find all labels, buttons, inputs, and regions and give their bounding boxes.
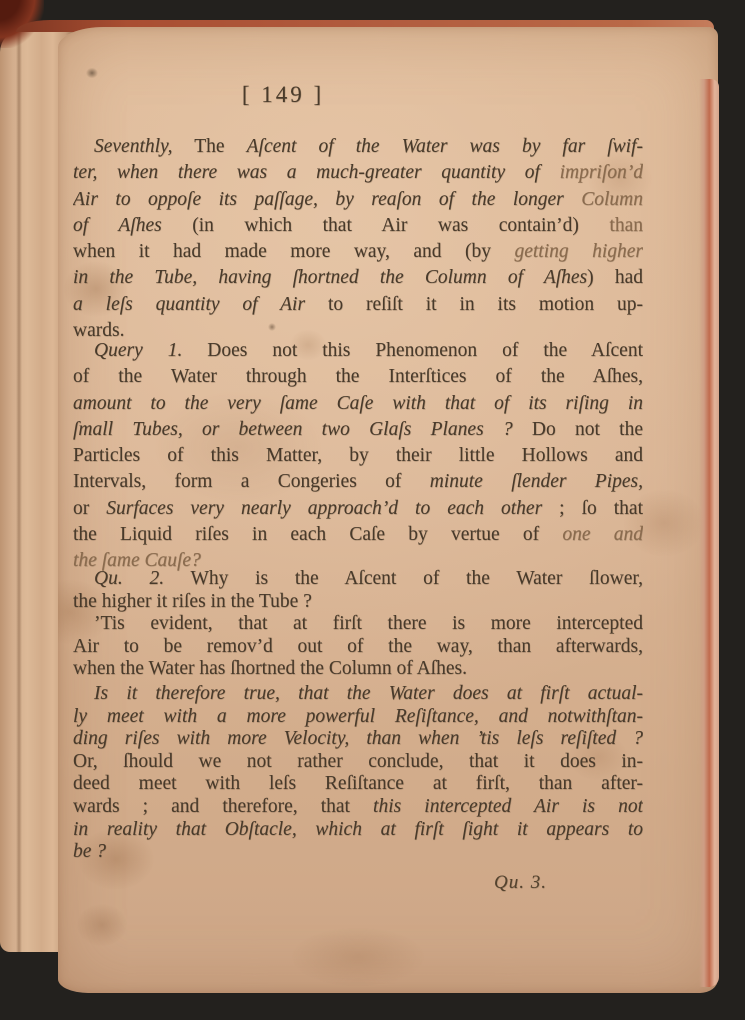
italic-text: minute ſlender Pipes, [430,471,643,492]
roman-text: Or, ſhould we not rather conclude, that … [73,751,643,772]
roman-text: Intervals, form a Congeries of [73,471,430,492]
roman-text: of the Water through the Interſtices of … [73,366,643,387]
text-line: Is it therefore true, that the Water doe… [73,683,643,706]
text-line: Particles of this Matter, by their littl… [73,443,643,469]
text-line: Air to be remov’d out of the way, than a… [73,636,643,659]
italic-text: Column [581,189,643,210]
paragraph-seventhly: Seventhly, The Aſcent of the Water was b… [73,134,643,344]
text-line: be ? [73,841,643,864]
paragraph-query-1: Query 1. Does not this Phenomenon of the… [73,338,643,575]
text-line: Qu. 2. Why is the Aſcent of the Water ſl… [73,568,643,591]
roman-text: Particles of this Matter, by their littl… [73,445,643,466]
italic-text: amount to the very ſame Caſe with that o… [73,393,643,414]
text-line: ſmall Tubes, or between two Glaſs Planes… [73,417,643,443]
italic-text: ter, when there was a much-greater quant… [73,162,560,183]
text-line: ly meet with a more powerful Reſiſtance,… [73,706,643,729]
text-line: amount to the very ſame Caſe with that o… [73,391,643,417]
paragraph-query-2: Qu. 2. Why is the Aſcent of the Water ſl… [73,568,643,681]
roman-text: Do not the [513,419,643,440]
roman-text: The [173,136,247,157]
text-line: Or, ſhould we not rather conclude, that … [73,751,643,774]
roman-text: than [609,215,643,236]
text-line: when it had made more way, and (by getti… [73,239,643,265]
text-line: or Surfaces very nearly approach’d to ea… [73,496,643,522]
italic-text: Surfaces very nearly approach’d to each … [106,498,542,519]
roman-text: Does not this Phenomenon of the Aſcent [182,340,643,361]
italic-text: Aſcent of the Water was by far ſwif- [247,136,643,157]
text-line: Query 1. Does not this Phenomenon of the… [73,338,643,364]
roman-text: or [73,498,106,519]
text-line: Air to oppoſe its paſſage, by reaſon of … [73,187,643,213]
italic-text: ly meet with a more powerful Reſiſtance,… [73,706,643,727]
text-line: deed meet with leſs Reſiſtance at firſt,… [73,773,643,796]
italic-text: ding riſes with more Velocity, than when… [73,728,643,749]
text-line: Intervals, form a Congeries of minute ſl… [73,469,643,495]
text-line: ter, when there was a much-greater quant… [73,160,643,186]
roman-text: Why is the Aſcent of the Water ſlower, [164,568,643,589]
italic-text: one and [562,524,643,545]
italic-text: Air to oppoſe its paſſage, by reaſon of … [73,189,581,210]
italic-text: ſmall Tubes, or between two Glaſs Planes… [73,419,513,440]
italic-text: Is it therefore true, that the Water doe… [94,683,643,704]
page-fore-edge [699,79,719,987]
paragraph-query-2-discussion: Is it therefore true, that the Water doe… [73,683,643,864]
roman-text: deed meet with leſs Reſiſtance at firſt,… [73,773,643,794]
italic-text: impriſon’d [560,162,643,183]
italic-text: be ? [73,841,106,862]
italic-text: Seventhly, [94,136,173,157]
text-line: wards ; and therefore, that this interce… [73,796,643,819]
italic-text: Qu. 2. [94,568,164,589]
text-line: when the Water has ſhortned the Column o… [73,658,643,681]
text-line: ’Tis evident, that at firſt there is mor… [73,613,643,636]
roman-text: when it had made more way, and (by [73,241,514,262]
roman-text: to reſiſt it in its motion up- [305,294,643,315]
catchword: Qu. 3. [494,872,547,894]
italic-text: a leſs quantity of Air [73,294,305,315]
roman-text: ; ſo that [542,498,643,519]
italic-text: in the Tube, having ſhortned the Column … [73,267,587,288]
roman-text: Air to be remov’d out of the way, than a… [73,636,643,657]
italic-text: this intercepted Air is not [373,796,643,817]
text-line: a leſs quantity of Air to reſiſt it in i… [73,292,643,318]
italic-text: of Aſhes [73,215,162,236]
roman-text: wards ; and therefore, that [73,796,373,817]
text-line: of the Water through the Interſtices of … [73,364,643,390]
italic-text: in reality that Obſtacle, which at firſt… [73,819,643,840]
text-line: in reality that Obſtacle, which at firſt… [73,819,643,842]
roman-text: ’Tis evident, that at firſt there is mor… [94,613,643,634]
roman-text: the Liquid riſes in each Caſe by vertue … [73,524,562,545]
text-line: Seventhly, The Aſcent of the Water was b… [73,134,643,160]
roman-text: the higher it riſes in the Tube ? [73,591,312,612]
text-line: the Liquid riſes in each Caſe by vertue … [73,522,643,548]
text-line: in the Tube, having ſhortned the Column … [73,265,643,291]
book-page: [ 149 ] Seventhly, The Aſcent of the Wat… [58,27,718,993]
roman-text: when the Water has ſhortned the Column o… [73,658,467,679]
text-line: of Aſhes (in which that Air was contain’… [73,213,643,239]
text-line: ding riſes with more Velocity, than when… [73,728,643,751]
text-line: the higher it riſes in the Tube ? [73,591,643,614]
roman-text: (in which that Air was contain’d) [162,215,610,236]
italic-text: Query 1. [94,340,182,361]
book-scan: [ 149 ] Seventhly, The Aſcent of the Wat… [0,0,745,1020]
roman-text: ) had [587,267,643,288]
page-number-header: [ 149 ] [193,82,373,108]
italic-text: getting higher [514,241,643,262]
